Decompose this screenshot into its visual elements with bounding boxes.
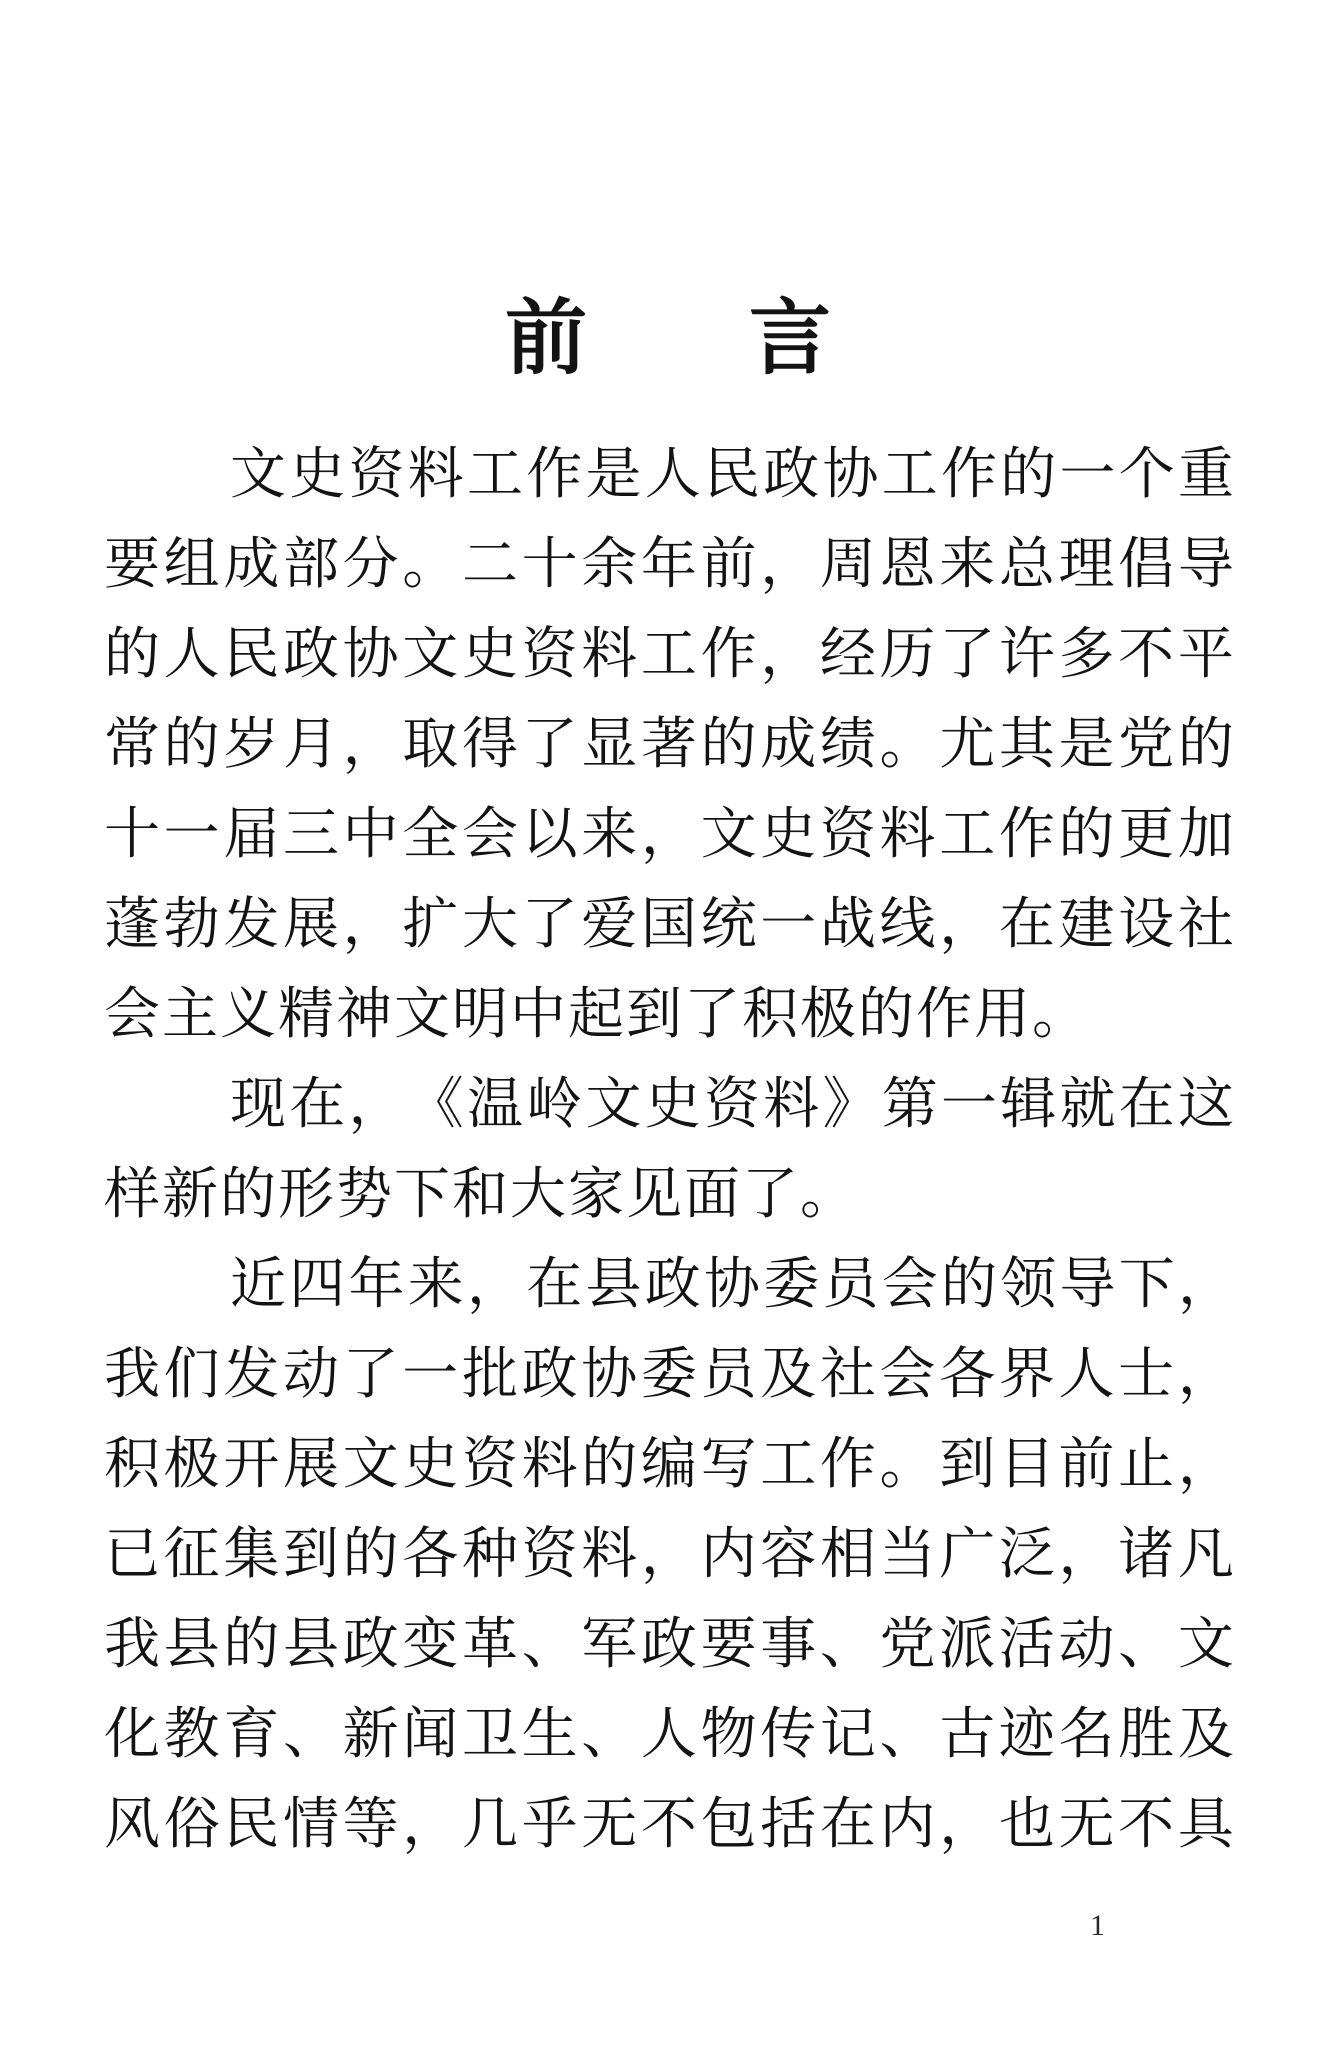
text-char: 十 <box>522 520 578 610</box>
text-char: 料 <box>763 1060 819 1150</box>
text-char: 二 <box>462 520 518 610</box>
text-char: 料 <box>581 610 637 700</box>
text-char: 乎 <box>522 1780 578 1870</box>
text-char: 线 <box>880 880 936 970</box>
text-char: 我 <box>104 1330 160 1420</box>
text-char: 一 <box>760 880 816 970</box>
text-char: 政 <box>283 610 339 700</box>
text-char: ， <box>760 610 816 700</box>
text-char: 三 <box>283 790 339 880</box>
text-char: 无 <box>1059 1780 1115 1870</box>
text-line: 蓬勃发展，扩大了爱国统一战线，在建设社 <box>104 880 1234 970</box>
text-char: 古 <box>939 1690 995 1780</box>
text-line: 的人民政协文史资料工作，经历了许多不平 <box>104 610 1234 700</box>
text-char: 了 <box>939 610 995 700</box>
text-char: 多 <box>1059 610 1115 700</box>
text-char: 动 <box>1059 1600 1115 1690</box>
text-char: 前 <box>1059 1420 1115 1510</box>
text-line: 样新的形势下和大家见面了。 <box>104 1150 1234 1240</box>
text-char: 积 <box>104 1420 160 1510</box>
text-char: 资 <box>522 1510 578 1600</box>
text-char: 恩 <box>880 520 936 610</box>
text-char: 作 <box>941 430 997 520</box>
text-char: 史 <box>760 790 816 880</box>
text-char: 社 <box>820 1330 876 1420</box>
text-char: 闻 <box>402 1690 458 1780</box>
text-char: 蓬 <box>104 880 160 970</box>
text-char: 作 <box>999 790 1055 880</box>
text-char: ， <box>402 1780 458 1870</box>
text-char: 资 <box>522 610 578 700</box>
text-line: 积极开展文史资料的编写工作。到目前止， <box>104 1420 1234 1510</box>
text-char: 几 <box>462 1780 518 1870</box>
page-title: 前 言 <box>0 284 1336 394</box>
text-char: 国 <box>641 880 697 970</box>
text-char: 士 <box>1118 1330 1174 1420</box>
text-char: 军 <box>581 1600 637 1690</box>
text-char: 导 <box>1060 1240 1116 1330</box>
text-char: 料 <box>522 1420 578 1510</box>
text-char: 生 <box>522 1690 578 1780</box>
text-char: 文 <box>1178 1600 1234 1690</box>
text-char: 资 <box>704 1060 760 1150</box>
text-char: 组 <box>164 520 220 610</box>
text-char: 目 <box>999 1420 1055 1510</box>
text-char: 种 <box>462 1510 518 1600</box>
text-char: 广 <box>939 1510 995 1600</box>
text-char: ， <box>467 1240 523 1330</box>
text-char: 理 <box>1059 520 1115 610</box>
text-char: 在 <box>526 1240 582 1330</box>
text-char: 资 <box>462 1420 518 1510</box>
text-char: 的 <box>581 1420 637 1510</box>
text-char: 建 <box>1059 880 1115 970</box>
text-char: 界 <box>999 1330 1055 1420</box>
text-char: 资 <box>349 430 405 520</box>
text-char: 周 <box>820 520 876 610</box>
text-char: 的 <box>1059 790 1115 880</box>
text-char: 编 <box>641 1420 697 1510</box>
text-line: 常的岁月，取得了显著的成绩。尤其是党的 <box>104 700 1234 790</box>
text-char: 设 <box>1118 880 1174 970</box>
text-char: 、 <box>1118 1600 1174 1690</box>
text-char: 文 <box>402 610 458 700</box>
text-char: ， <box>343 700 399 790</box>
text-line: 十一届三中全会以来，文史资料工作的更加 <box>104 790 1234 880</box>
text-char: 人 <box>645 430 701 520</box>
text-char: 文 <box>230 430 286 520</box>
text-char: 作 <box>526 430 582 520</box>
text-char: 扩 <box>402 880 458 970</box>
text-char: 党 <box>880 1600 936 1690</box>
text-char: 委 <box>763 1240 819 1330</box>
text-char: 党 <box>1118 700 1174 790</box>
text-char: 年 <box>641 520 697 610</box>
text-char: 、 <box>581 1690 637 1780</box>
text-char: 员 <box>701 1330 757 1420</box>
text-char: 名 <box>1059 1690 1115 1780</box>
text-char: 其 <box>999 700 1055 790</box>
text-char: 委 <box>641 1330 697 1420</box>
text-char: 总 <box>999 520 1055 610</box>
text-char: 来 <box>408 1240 464 1330</box>
text-char: 著 <box>641 700 697 790</box>
text-char: 了 <box>343 1330 399 1420</box>
text-char: 就 <box>1060 1060 1116 1150</box>
text-char: 教 <box>164 1690 220 1780</box>
text-char: 政 <box>343 1600 399 1690</box>
paragraph: 文史资料工作是人民政协工作的一个重要组成部分。二十余年前，周恩来总理倡导的人民政… <box>104 430 1234 1060</box>
text-char: 展 <box>283 880 339 970</box>
text-char: 在 <box>820 1780 876 1870</box>
text-char: 事 <box>760 1600 816 1690</box>
text-char: 政 <box>522 1330 578 1420</box>
text-char: 料 <box>880 790 936 880</box>
text-char: 个 <box>1119 430 1175 520</box>
text-char: 工 <box>882 430 938 520</box>
text-char: 现 <box>230 1060 286 1150</box>
text-char: 领 <box>1000 1240 1056 1330</box>
text-char: 是 <box>586 430 642 520</box>
text-char: 协 <box>343 610 399 700</box>
text-line: 风俗民情等，几乎无不包括在内，也无不具 <box>104 1780 1234 1870</box>
text-char: 以 <box>522 790 578 880</box>
text-char: 批 <box>462 1330 518 1420</box>
text-char: 加 <box>1178 790 1234 880</box>
text-char: 近 <box>230 1240 286 1330</box>
text-char: 历 <box>880 610 936 700</box>
text-char: 。 <box>880 700 936 790</box>
text-char: 。 <box>402 520 458 610</box>
text-char: 工 <box>467 430 523 520</box>
text-char: 要 <box>701 1600 757 1690</box>
text-char: ， <box>641 790 697 880</box>
text-char: 的 <box>223 1600 279 1690</box>
text-char: 无 <box>581 1780 637 1870</box>
text-char: ， <box>760 520 816 610</box>
text-char: 届 <box>223 790 279 880</box>
text-char: 内 <box>701 1510 757 1600</box>
text-char: 史 <box>402 1420 458 1510</box>
text-char: 资 <box>820 790 876 880</box>
text-char: 育 <box>223 1690 279 1780</box>
text-char: 、 <box>522 1600 578 1690</box>
text-char: 经 <box>820 610 876 700</box>
text-char: 诸 <box>1118 1510 1174 1600</box>
text-char: 文 <box>586 1060 642 1150</box>
text-char: 、 <box>880 1690 936 1780</box>
text-char: 发 <box>223 880 279 970</box>
text-char: 迹 <box>999 1690 1055 1780</box>
text-char: 文 <box>701 790 757 880</box>
text-char: 大 <box>462 880 518 970</box>
text-char: ， <box>939 880 995 970</box>
text-char: 也 <box>999 1780 1055 1870</box>
text-char: 到 <box>939 1420 995 1510</box>
text-line: 要组成部分。二十余年前，周恩来总理倡导 <box>104 520 1234 610</box>
text-char: 会 <box>882 1240 938 1330</box>
text-char: 第 <box>882 1060 938 1150</box>
text-char: 重 <box>1178 430 1234 520</box>
text-char: 胜 <box>1118 1690 1174 1780</box>
text-line: 现在，《温岭文史资料》第一辑就在这 <box>104 1060 1234 1150</box>
text-char: 民 <box>704 430 760 520</box>
text-char: 来 <box>581 790 637 880</box>
text-char: 岁 <box>223 700 279 790</box>
text-char: 民 <box>223 610 279 700</box>
text-char: 《 <box>408 1060 464 1150</box>
text-char: 内 <box>880 1780 936 1870</box>
text-char: 中 <box>343 790 399 880</box>
text-char: 部 <box>283 520 339 610</box>
text-char: 成 <box>760 700 816 790</box>
text-char: 勃 <box>164 880 220 970</box>
text-char: 革 <box>462 1600 518 1690</box>
text-char: 协 <box>823 430 879 520</box>
text-char: 员 <box>823 1240 879 1330</box>
text-char: 集 <box>223 1510 279 1600</box>
text-char: 各 <box>939 1330 995 1420</box>
paragraph: 近四年来，在县政协委员会的领导下，我们发动了一批政协委员及社会各界人士，积极开展… <box>104 1240 1234 1870</box>
text-char: 成 <box>223 520 279 610</box>
text-char: 显 <box>581 700 637 790</box>
text-char: ， <box>349 1060 405 1150</box>
text-char: 括 <box>760 1780 816 1870</box>
text-char: ， <box>1059 1510 1115 1600</box>
text-char: ， <box>1178 1240 1234 1330</box>
text-char: 是 <box>1059 700 1115 790</box>
text-char: 更 <box>1118 790 1174 880</box>
text-line: 会主义精神文明中起到了积极的作用。 <box>104 970 1234 1060</box>
text-char: 常 <box>104 700 160 790</box>
page-title-char: 前 <box>505 284 587 394</box>
text-char: 了 <box>522 700 578 790</box>
text-char: 凡 <box>1178 1510 1234 1600</box>
text-char: 已 <box>104 1510 160 1600</box>
text-char: 包 <box>701 1780 757 1870</box>
page-title-char: 言 <box>749 284 831 394</box>
text-char: 记 <box>820 1690 876 1780</box>
text-char: 物 <box>701 1690 757 1780</box>
text-line: 文史资料工作是人民政协工作的一个重 <box>104 430 1234 520</box>
text-char: 料 <box>581 1510 637 1600</box>
paragraph: 现在，《温岭文史资料》第一辑就在这样新的形势下和大家见面了。 <box>104 1060 1234 1240</box>
text-char: 征 <box>164 1510 220 1600</box>
text-line: 我们发动了一批政协委员及社会各界人士， <box>104 1330 1234 1420</box>
text-char: 得 <box>462 700 518 790</box>
text-char: 县 <box>164 1600 220 1690</box>
text-char: ， <box>1178 1420 1234 1510</box>
text-char: 发 <box>223 1330 279 1420</box>
text-char: 绩 <box>820 700 876 790</box>
text-char: ， <box>939 1780 995 1870</box>
text-char: 一 <box>1060 430 1116 520</box>
text-char: 许 <box>999 610 1055 700</box>
text-char: 文 <box>343 1420 399 1510</box>
text-char: 》 <box>823 1060 879 1150</box>
text-line: 近四年来，在县政协委员会的领导下， <box>104 1240 1234 1330</box>
text-char: 史 <box>462 610 518 700</box>
text-char: 在 <box>289 1060 345 1150</box>
text-char: 县 <box>283 1600 339 1690</box>
text-char: 的 <box>941 1240 997 1330</box>
text-line: 化教育、新闻卫生、人物传记、古迹名胜及 <box>104 1690 1234 1780</box>
text-char: 料 <box>408 430 464 520</box>
text-char: 当 <box>880 1510 936 1600</box>
text-char: 化 <box>104 1690 160 1780</box>
text-char: 民 <box>223 1780 279 1870</box>
text-char: 人 <box>641 1690 697 1780</box>
text-char: 这 <box>1178 1060 1234 1150</box>
text-char: 的 <box>164 700 220 790</box>
text-char: 的 <box>701 700 757 790</box>
text-char: 史 <box>645 1060 701 1150</box>
text-char: 。 <box>880 1420 936 1510</box>
text-char: 政 <box>641 1600 697 1690</box>
text-char: 史 <box>289 430 345 520</box>
text-char: 及 <box>1178 1690 1234 1780</box>
text-char: 作 <box>701 610 757 700</box>
text-char: 爱 <box>581 880 637 970</box>
text-char: 的 <box>343 1510 399 1600</box>
text-char: 的 <box>1000 430 1056 520</box>
text-char: 人 <box>1059 1330 1115 1420</box>
page-number: 1 <box>1090 1906 1105 1946</box>
text-char: 岭 <box>526 1060 582 1150</box>
text-char: 各 <box>402 1510 458 1600</box>
text-char: 一 <box>402 1330 458 1420</box>
text-char: 协 <box>704 1240 760 1330</box>
text-char: 情 <box>283 1780 339 1870</box>
text-char: 的 <box>1178 700 1234 790</box>
text-char: 到 <box>283 1510 339 1600</box>
text-char: 新 <box>343 1690 399 1780</box>
text-char: 卫 <box>462 1690 518 1780</box>
text-body: 文史资料工作是人民政协工作的一个重要组成部分。二十余年前，周恩来总理倡导的人民政… <box>104 430 1234 1870</box>
text-char: 、 <box>283 1690 339 1780</box>
text-char: 展 <box>283 1420 339 1510</box>
text-char: 要 <box>104 520 160 610</box>
text-char: 俗 <box>164 1780 220 1870</box>
text-char: 变 <box>402 1600 458 1690</box>
text-char: 止 <box>1118 1420 1174 1510</box>
text-char: 月 <box>283 700 339 790</box>
document-page: 前 言 文史资料工作是人民政协工作的一个重要组成部分。二十余年前，周恩来总理倡导… <box>0 0 1336 2058</box>
text-char: 一 <box>164 790 220 880</box>
text-char: 在 <box>999 880 1055 970</box>
text-char: 社 <box>1178 880 1234 970</box>
text-char: 工 <box>760 1420 816 1510</box>
text-char: 传 <box>760 1690 816 1780</box>
text-char: 写 <box>701 1420 757 1510</box>
text-char: 及 <box>760 1330 816 1420</box>
text-char: 下 <box>1119 1240 1175 1330</box>
text-char: 开 <box>223 1420 279 1510</box>
text-char: 动 <box>283 1330 339 1420</box>
text-char: 平 <box>1178 610 1234 700</box>
text-char: 极 <box>164 1420 220 1510</box>
text-char: 导 <box>1178 520 1234 610</box>
text-char: 四 <box>289 1240 345 1330</box>
text-char: 在 <box>1119 1060 1175 1150</box>
text-char: 协 <box>581 1330 637 1420</box>
text-char: 来 <box>939 520 995 610</box>
text-char: 余 <box>581 520 637 610</box>
text-char: 相 <box>820 1510 876 1600</box>
text-char: 不 <box>641 1780 697 1870</box>
text-char: 前 <box>701 520 757 610</box>
text-char: 尤 <box>939 700 995 790</box>
text-char: 全 <box>402 790 458 880</box>
text-char: 容 <box>760 1510 816 1600</box>
text-char: 工 <box>939 790 995 880</box>
text-char: 不 <box>1118 610 1174 700</box>
text-char: 温 <box>467 1060 523 1150</box>
text-char: ， <box>1178 1330 1234 1420</box>
text-char: 的 <box>104 610 160 700</box>
text-char: 会 <box>462 790 518 880</box>
text-char: 、 <box>820 1600 876 1690</box>
text-char: 会 <box>880 1330 936 1420</box>
text-char: 派 <box>939 1600 995 1690</box>
text-char: 统 <box>701 880 757 970</box>
text-char: 了 <box>522 880 578 970</box>
text-char: 们 <box>164 1330 220 1420</box>
text-char: 辑 <box>1000 1060 1056 1150</box>
text-char: 年 <box>349 1240 405 1330</box>
text-char: 政 <box>645 1240 701 1330</box>
text-char: 工 <box>641 610 697 700</box>
text-char: 作 <box>820 1420 876 1510</box>
text-char: ， <box>641 1510 697 1600</box>
text-char: 具 <box>1178 1780 1234 1870</box>
text-char: 取 <box>402 700 458 790</box>
text-char: 等 <box>343 1780 399 1870</box>
text-char: 风 <box>104 1780 160 1870</box>
text-line: 我县的县政变革、军政要事、党派活动、文 <box>104 1600 1234 1690</box>
text-char: 我 <box>104 1600 160 1690</box>
text-char: 战 <box>820 880 876 970</box>
text-char: 分 <box>343 520 399 610</box>
text-char: 县 <box>586 1240 642 1330</box>
text-char: 人 <box>164 610 220 700</box>
text-char: 一 <box>941 1060 997 1150</box>
text-line: 已征集到的各种资料，内容相当广泛，诸凡 <box>104 1510 1234 1600</box>
text-char: 倡 <box>1118 520 1174 610</box>
text-char: ， <box>343 880 399 970</box>
text-char: 不 <box>1118 1780 1174 1870</box>
text-char: 泛 <box>999 1510 1055 1600</box>
text-char: 十 <box>104 790 160 880</box>
text-char: 活 <box>999 1600 1055 1690</box>
text-char: 政 <box>763 430 819 520</box>
